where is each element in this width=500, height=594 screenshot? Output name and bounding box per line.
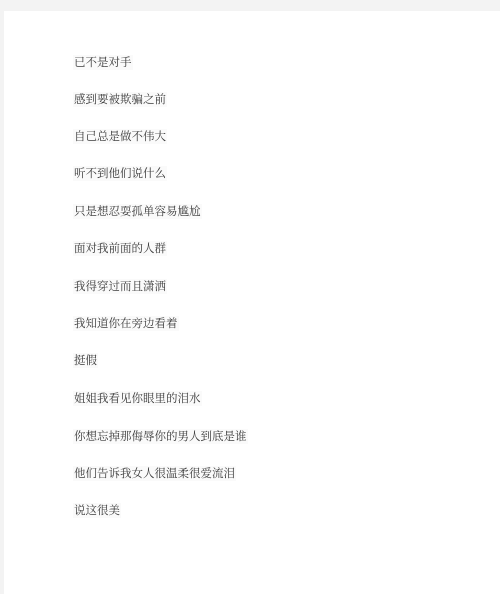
text-line: 只是想忍耍孤单容易尴尬: [73, 204, 202, 219]
text-line: 挺假: [73, 353, 98, 368]
text-line: 自己总是做不伟大: [73, 129, 167, 144]
text-line: 我得穿过而且潇洒: [73, 279, 167, 294]
text-line: 他们告诉我女人很温柔很爱流泪: [73, 466, 236, 481]
text-line: 面对我前面的人群: [73, 241, 167, 256]
text-line: 我知道你在旁边看着: [73, 316, 179, 331]
text-line: 感到要被欺骗之前: [73, 92, 167, 107]
text-line: 听不到他们说什么: [73, 166, 167, 181]
document-page: 已不是对手 感到要被欺骗之前 自己总是做不伟大 听不到他们说什么 只是想忍耍孤单…: [4, 11, 500, 594]
text-line: 已不是对手: [73, 55, 133, 70]
text-line: 你想忘掉那侮辱你的男人到底是谁: [73, 429, 248, 444]
text-line: 说这很美: [73, 503, 121, 518]
text-line: 姐姐我看见你眼里的泪水: [73, 391, 202, 406]
